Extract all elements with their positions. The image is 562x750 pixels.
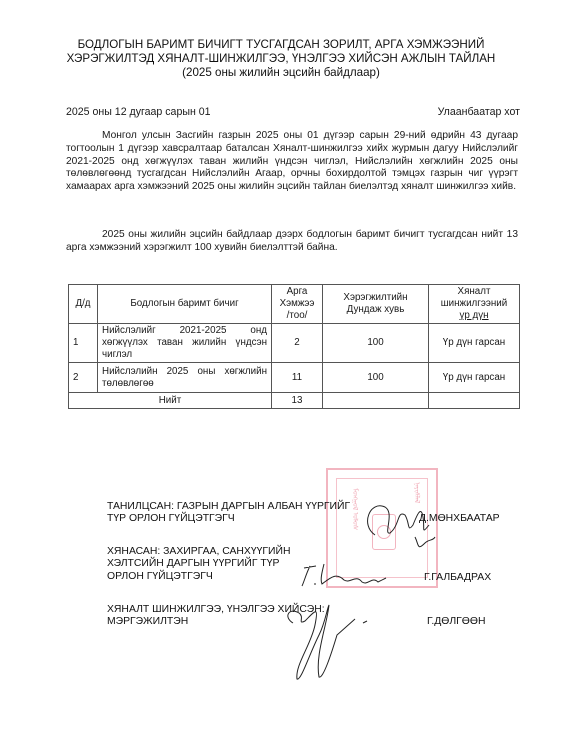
title-line-1: БОДЛОГЫН БАРИМТ БИЧИГТ ТУСГАГДСАН ЗОРИЛТ… (40, 38, 522, 52)
header-measures: Арга Хэмжээ /тоо/ (272, 285, 323, 324)
summary-paragraph: 2025 оны жилийн эцсийн байдлаар дээрх бо… (66, 229, 518, 255)
signature-role-2: ХЯНАСАН: ЗАХИРГАА, САНХҮҮГИЙН ХЭЛТСИЙН Д… (107, 546, 291, 583)
signature-role-1: ТАНИЛЦСАН: ГАЗРЫН ДАРГЫН АЛБАН ҮҮРГИЙГ Т… (107, 501, 350, 526)
signature-name-3: Г.ДӨЛГӨӨН (427, 616, 485, 627)
header-result: Хяналт шинжилгээний үр дүн (429, 285, 520, 324)
handwritten-signature-1 (355, 495, 445, 555)
document-date: 2025 оны 12 дугаар сарын 01 (66, 106, 211, 118)
handwritten-signature-3 (275, 595, 385, 685)
table-row: 1 Нийслэлийг 2021-2025 онд хөгжүүлэх тав… (69, 324, 520, 363)
title-line-2: ХЭРЭГЖИЛТЭД ХЯНАЛТ-ШИНЖИЛГЭЭ, ҮНЭЛГЭЭ ХИ… (40, 52, 522, 66)
table-header-row: Д/д Бодлогын баримт бичиг Арга Хэмжээ /т… (69, 285, 520, 324)
header-average: Хэрэгжилтийн Дундаж хувь (323, 285, 429, 324)
document-title: БОДЛОГЫН БАРИМТ БИЧИГТ ТУСГАГДСАН ЗОРИЛТ… (40, 38, 522, 80)
table-total-row: Нийт 13 (69, 393, 520, 409)
header-document: Бодлогын баримт бичиг (98, 285, 272, 324)
date-location-line: 2025 оны 12 дугаар сарын 01 Улаанбаатар … (66, 106, 520, 118)
title-subtitle: (2025 оны жилийн эцсийн байдлаар) (40, 66, 522, 80)
signature-name-2: Г.ГАЛБАДРАХ (424, 572, 491, 583)
handwritten-signature-2 (300, 560, 390, 590)
intro-paragraph: Монгол улсын Засгийн газрын 2025 оны 01 … (66, 130, 518, 194)
table-row: 2 Нийслэлийн 2025 оны хөгжлийн төлөвлөгө… (69, 363, 520, 393)
document-city: Улаанбаатар хот (438, 106, 520, 118)
report-table: Д/д Бодлогын баримт бичиг Арга Хэмжээ /т… (68, 284, 520, 409)
header-no: Д/д (69, 285, 98, 324)
